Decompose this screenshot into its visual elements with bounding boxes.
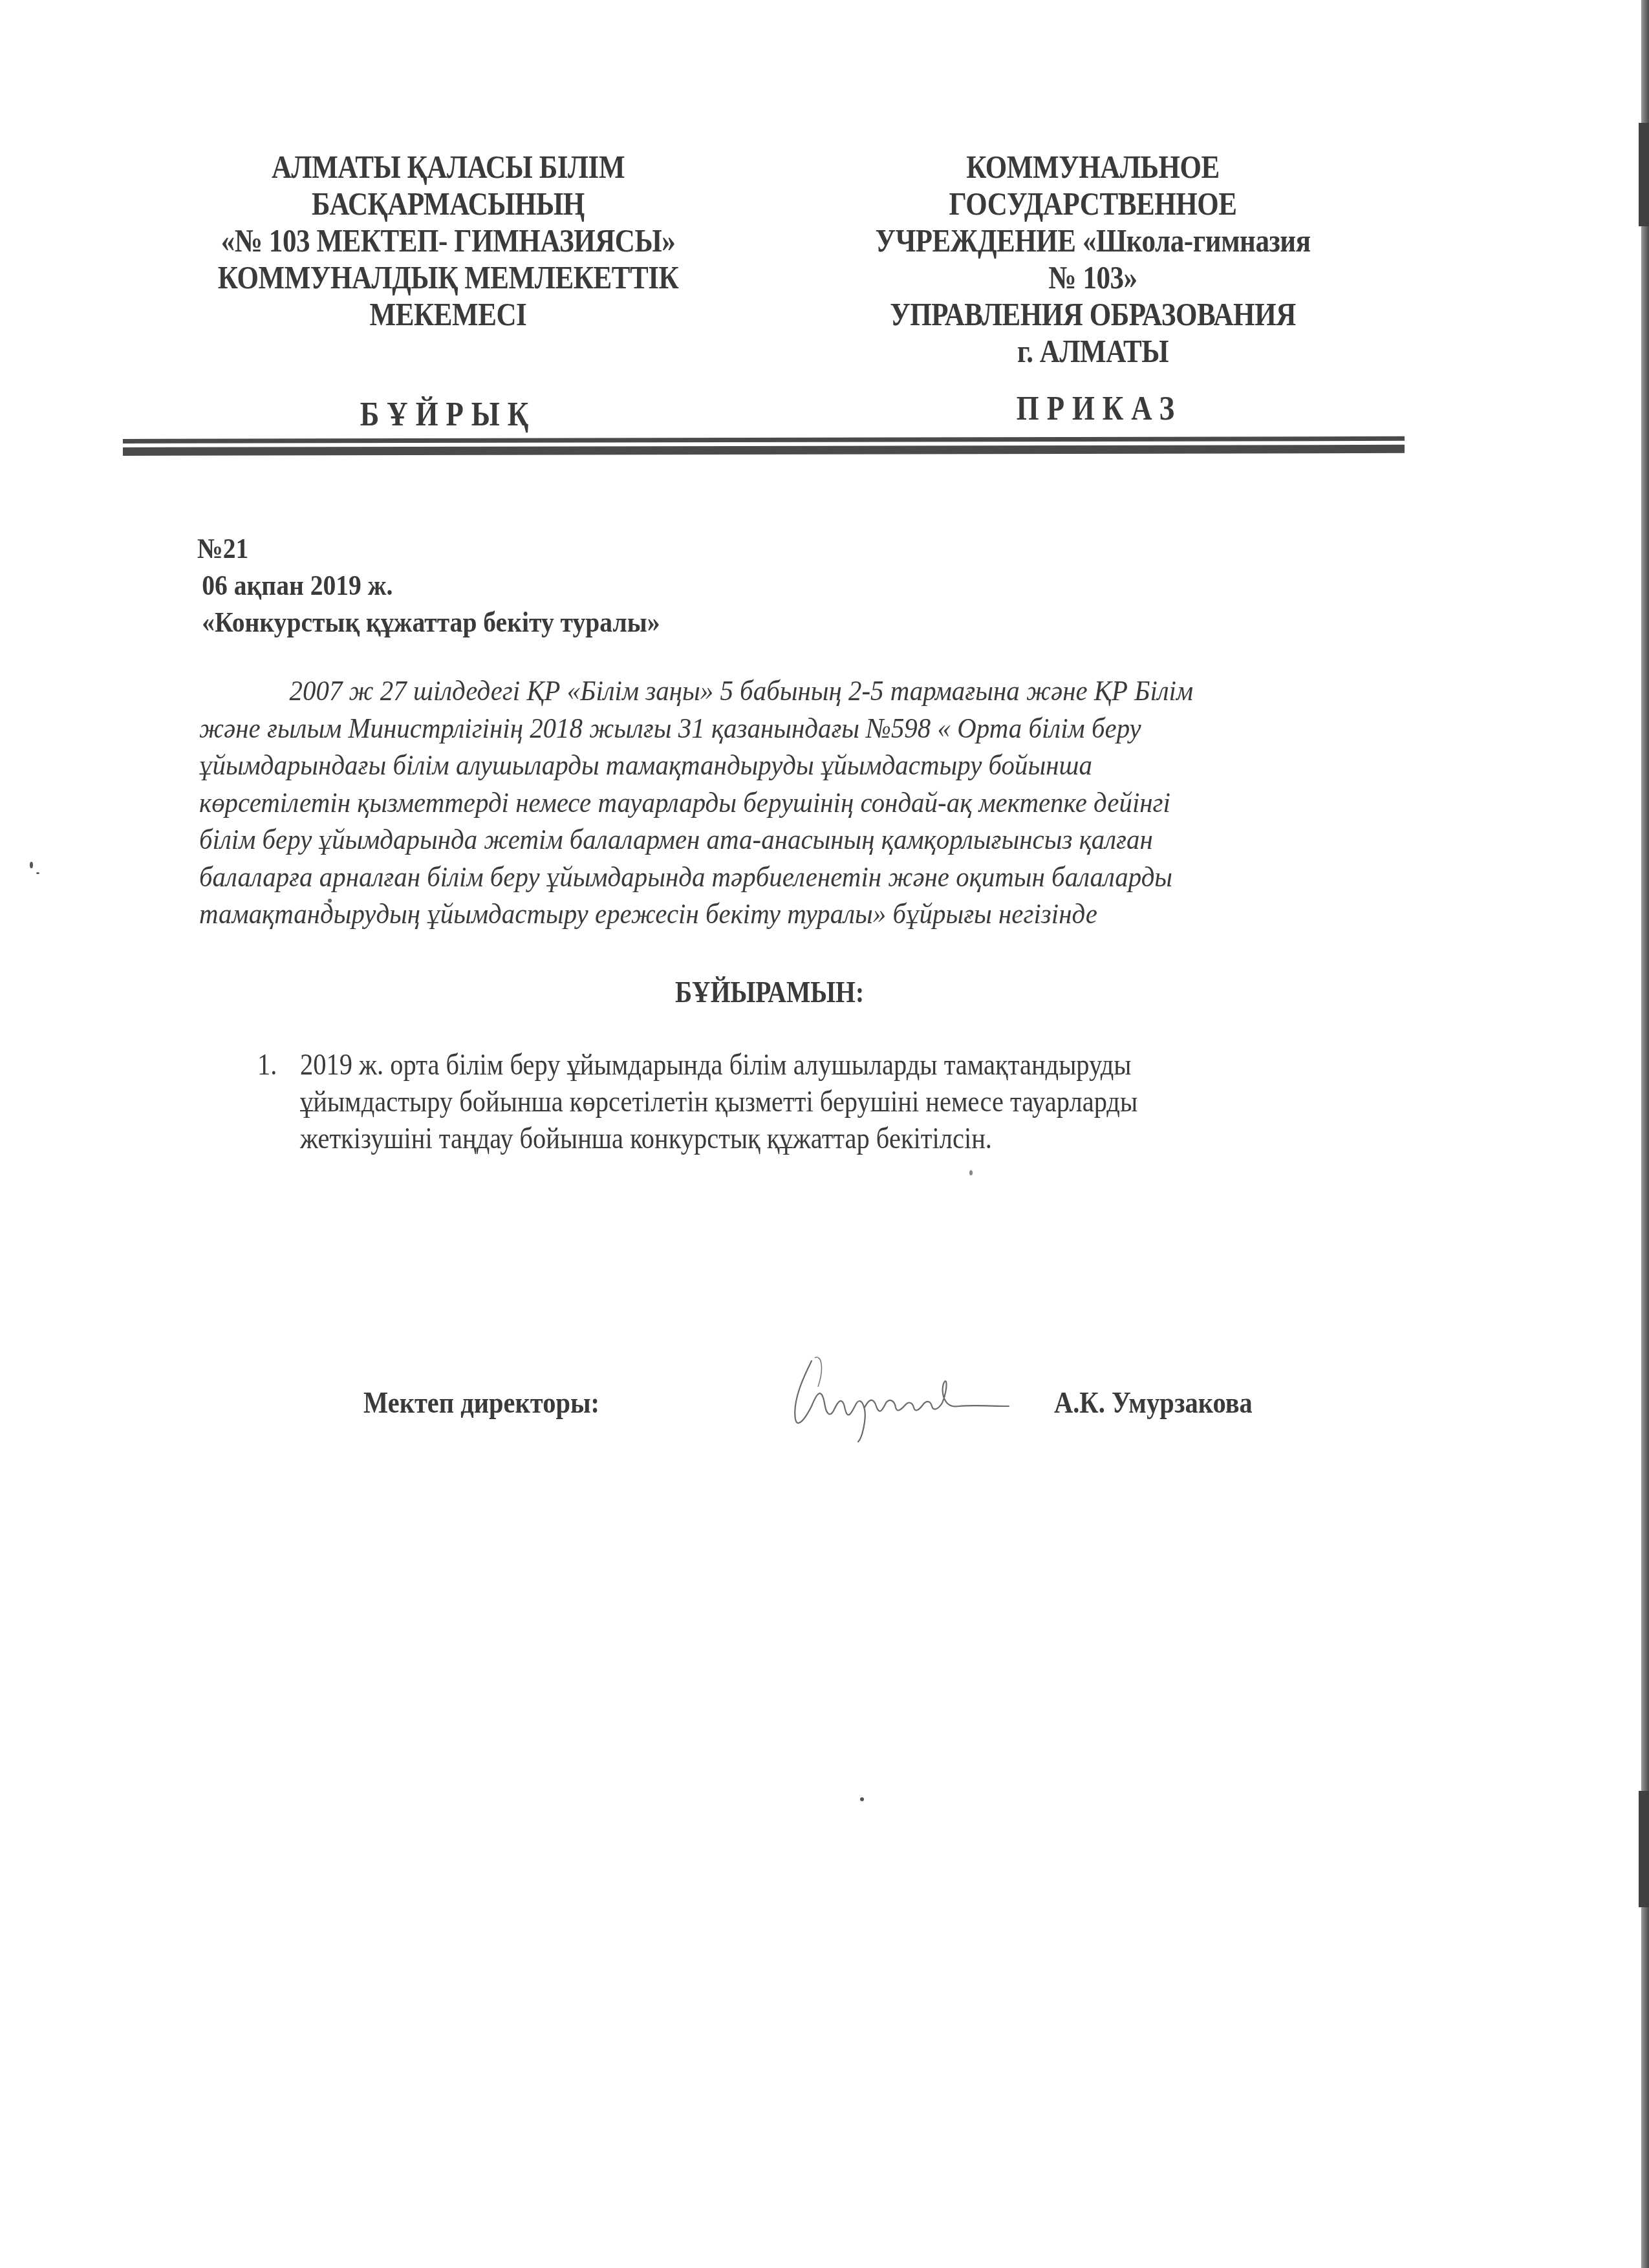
preamble-line: көрсетілетін қызметтерді немесе тауарлар…	[199, 784, 1342, 822]
preamble-line: тамақтандырудың ұйымдастыру ережесін бек…	[199, 895, 1342, 933]
preamble-line: және ғылым Министрлігінің 2018 жылғы 31 …	[199, 710, 1342, 747]
scan-edge-shadow	[1639, 1791, 1649, 1907]
scan-speck	[969, 1170, 973, 1175]
header-kazakh-line: «№ 103 МЕКТЕП- ГИМНАЗИЯСЫ»	[184, 222, 713, 259]
scan-edge-shadow	[1639, 123, 1649, 226]
order-heading: БҰЙЫРАМЫН:	[603, 975, 936, 1009]
header-kazakh-line: БАСҚАРМАСЫНЫҢ	[184, 186, 713, 222]
header-russian: КОММУНАЛЬНОЕ ГОСУДАРСТВЕННОЕ УЧРЕЖДЕНИЕ …	[826, 149, 1360, 370]
scan-page-edge	[1641, 0, 1649, 2268]
order-item-line: ұйымдастыру бойынша көрсетілетін қызметт…	[300, 1083, 1137, 1120]
header-russian-line: ГОСУДАРСТВЕННОЕ	[826, 186, 1360, 222]
handwritten-signature-icon	[786, 1348, 1044, 1445]
preamble-line: ұйымдарындағы білім алушыларды тамақтанд…	[199, 747, 1342, 784]
order-number: №21	[197, 530, 660, 567]
doc-type-russian: ПРИКАЗ	[960, 390, 1238, 428]
preamble-line: 2007 ж 27 шілдедегі ҚР «Білім заңы» 5 ба…	[199, 672, 1342, 710]
order-subject: «Конкурстық құжаттар бекіту туралы»	[197, 604, 660, 641]
header-russian-line: № 103»	[826, 259, 1360, 296]
header-russian-line: КОММУНАЛЬНОЕ	[826, 149, 1360, 186]
header-russian-line: УЧРЕЖДЕНИЕ «Школа-гимназия	[826, 222, 1360, 259]
doc-type-kazakh: БҰЙРЫҚ	[309, 396, 587, 434]
order-item-number: 1.	[257, 1046, 277, 1083]
header-kazakh-line: КОММУНАЛДЫҚ МЕМЛЕКЕТТІК	[184, 259, 713, 296]
header-kazakh-line: АЛМАТЫ ҚАЛАСЫ БІЛІМ	[184, 149, 713, 186]
header-russian-line: г. АЛМАТЫ	[826, 333, 1360, 370]
scan-speck	[860, 1797, 864, 1801]
header-divider-thick	[123, 445, 1405, 456]
scan-speck	[328, 899, 332, 903]
order-list: 1. 2019 ж. орта білім беру ұйымдарында б…	[257, 1046, 1137, 1157]
header-kazakh-line: МЕКЕМЕСІ	[184, 296, 713, 333]
order-meta: №21 06 ақпан 2019 ж. «Конкурстық құжатта…	[197, 530, 660, 641]
scan-speck	[30, 862, 33, 868]
preamble-paragraph: 2007 ж 27 шілдедегі ҚР «Білім заңы» 5 ба…	[199, 672, 1342, 933]
order-item-line: жеткізушіні таңдау бойынша конкурстық құ…	[300, 1120, 1137, 1157]
header-divider-thin	[123, 436, 1405, 444]
order-item: 1. 2019 ж. орта білім беру ұйымдарында б…	[257, 1046, 1137, 1157]
order-date: 06 ақпан 2019 ж.	[197, 567, 660, 604]
header-russian-line: УПРАВЛЕНИЯ ОБРАЗОВАНИЯ	[826, 296, 1360, 333]
signatory-name: А.К. Умурзакова	[1054, 1384, 1253, 1422]
signature-label: Мектеп директоры:	[363, 1384, 599, 1422]
preamble-line: балаларға арналған білім беру ұйымдарынд…	[199, 859, 1342, 896]
order-item-line: 2019 ж. орта білім беру ұйымдарында білі…	[300, 1046, 1137, 1083]
signature-row: Мектеп директоры: А.К. Умурзакова	[0, 1384, 1649, 1461]
preamble-line: білім беру ұйымдарында жетім балалармен …	[199, 821, 1342, 859]
scan-speck	[36, 872, 39, 874]
header-kazakh: АЛМАТЫ ҚАЛАСЫ БІЛІМ БАСҚАРМАСЫНЫҢ «№ 103…	[184, 149, 713, 333]
